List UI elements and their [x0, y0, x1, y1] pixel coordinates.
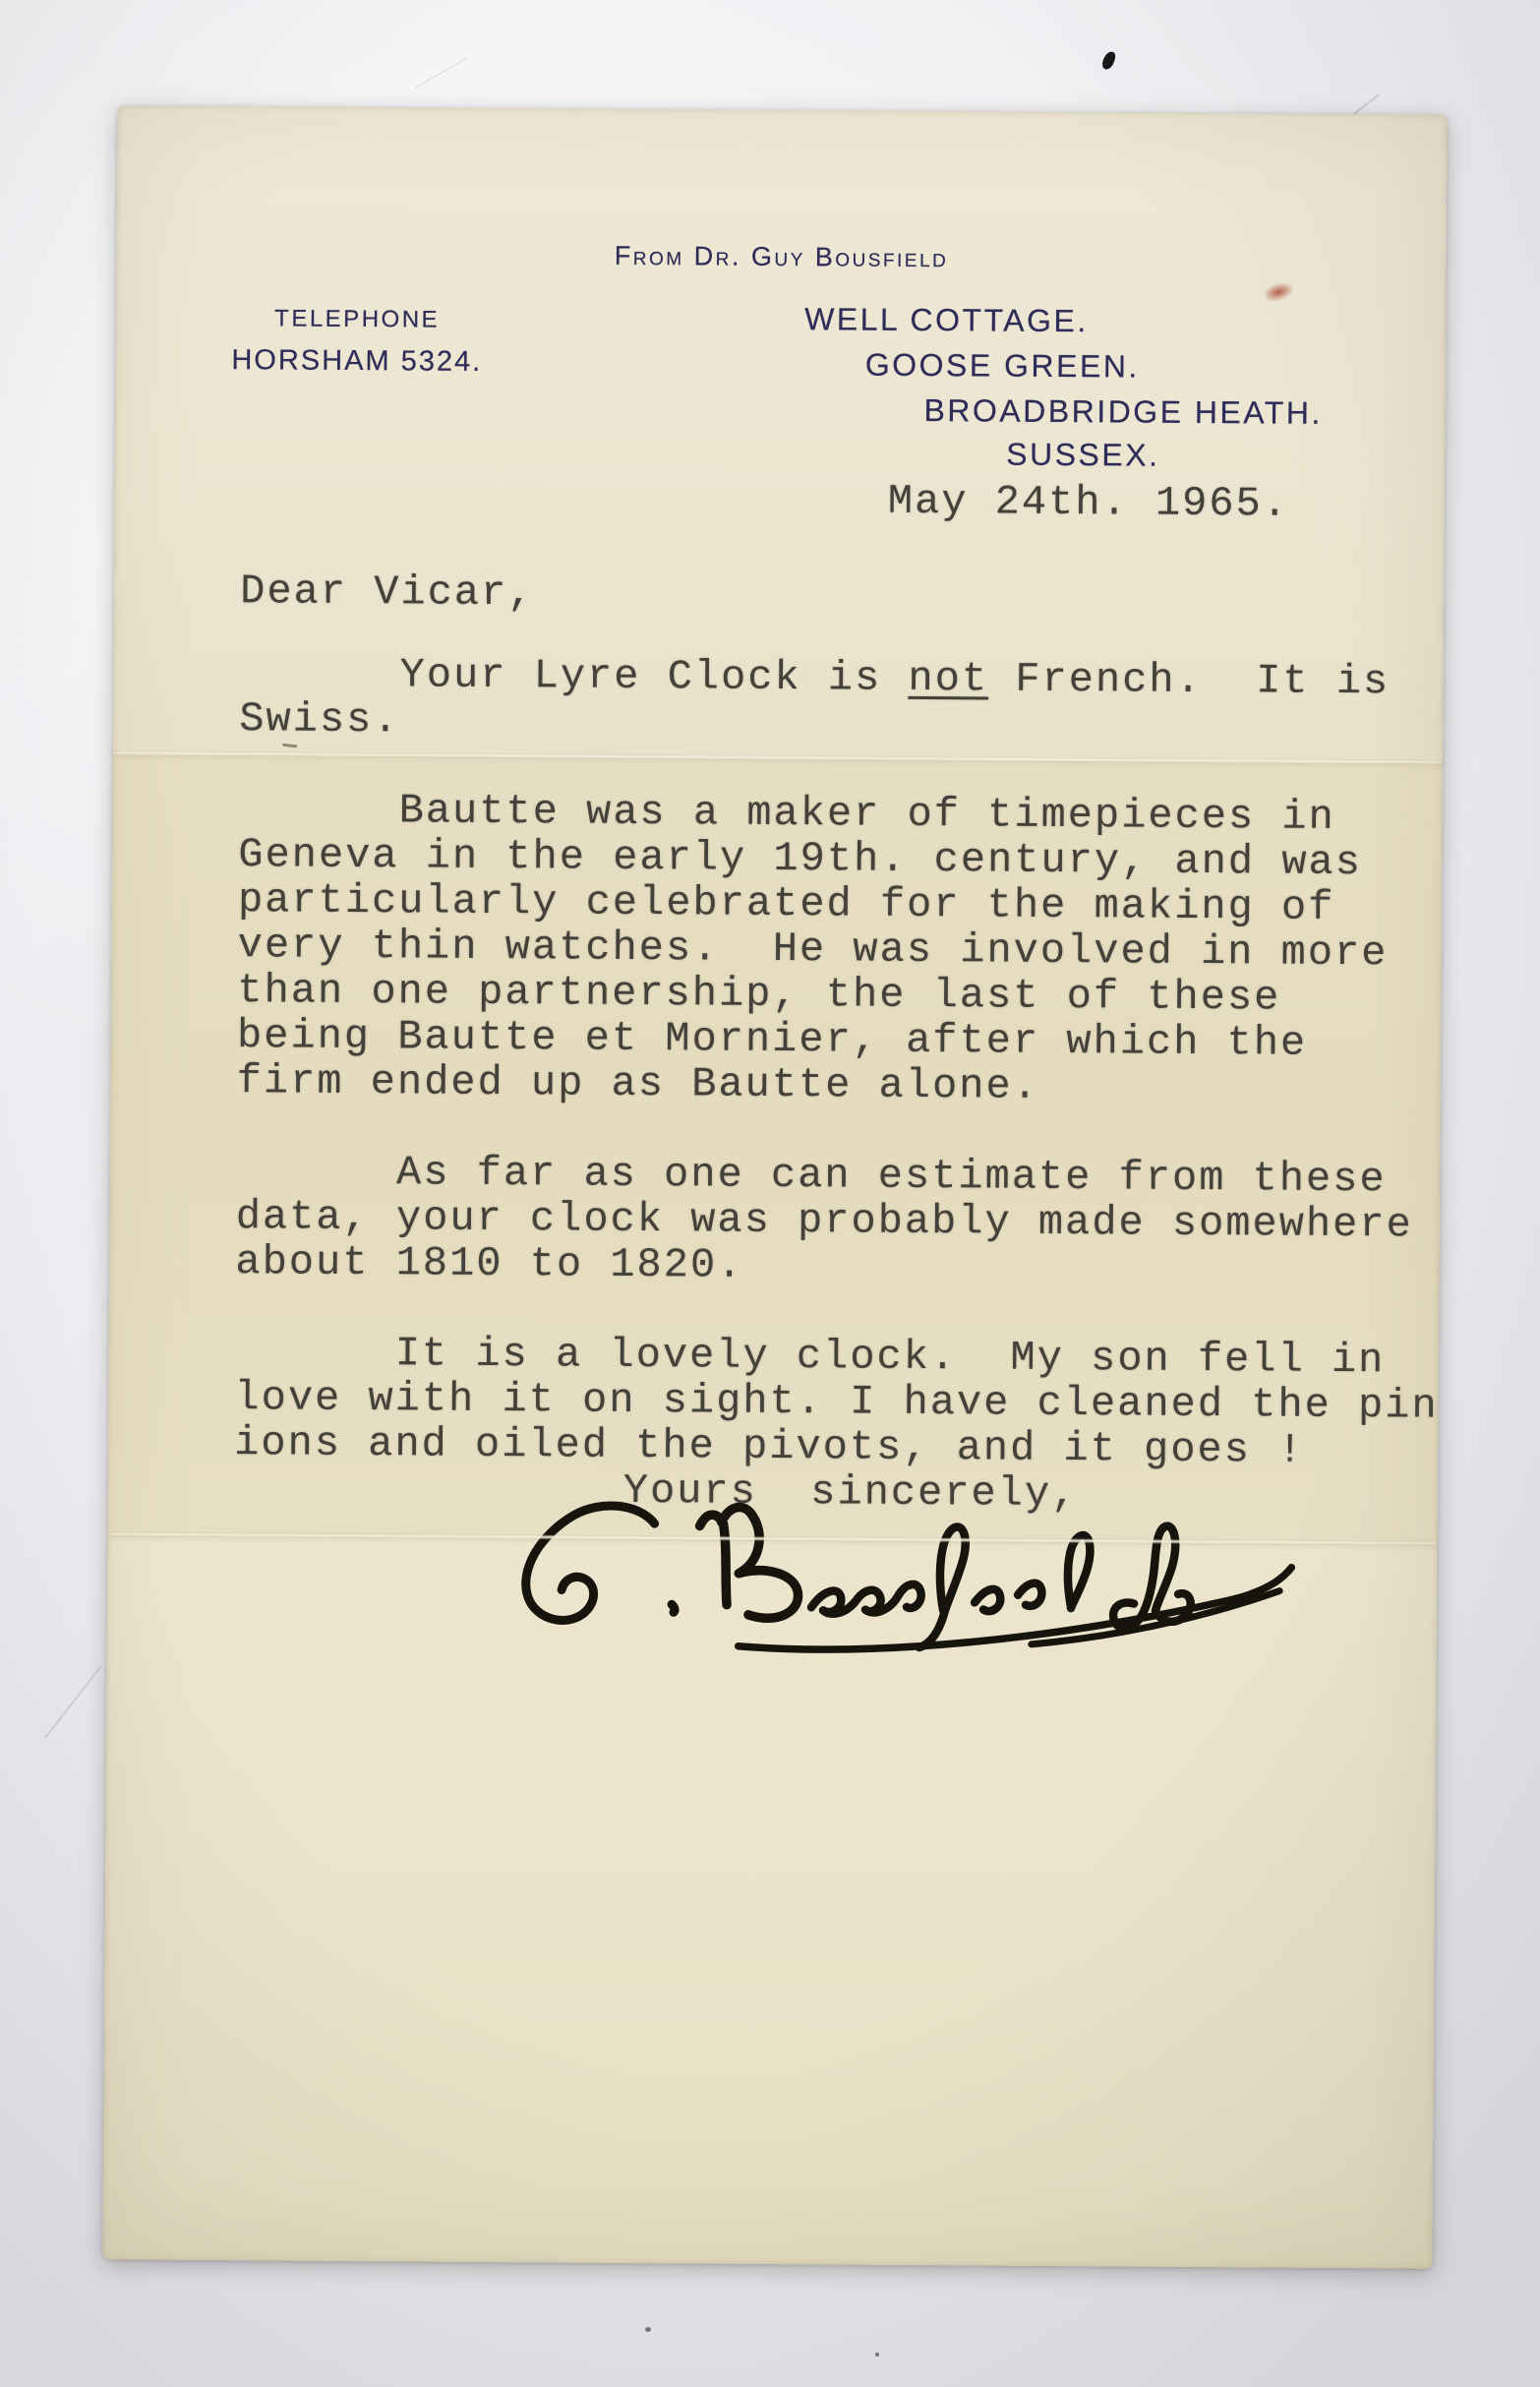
salutation: Dear Vicar,	[240, 568, 1459, 623]
letter-paper: From Dr. Guy Bousfield TELEPHONE HORSHAM…	[102, 105, 1447, 2268]
letter-body: Dear Vicar, Your Lyre Clock is not Frenc…	[234, 568, 1460, 1520]
paragraph-3: As far as one can estimate from these da…	[235, 1149, 1455, 1293]
signature-surname-ie	[975, 1582, 1041, 1611]
underlined-word: not	[908, 655, 988, 703]
paragraph-2: Bautte was a maker of timepieces in Gene…	[237, 787, 1458, 1112]
dust-speck-bottom-2	[875, 2353, 879, 2357]
background-scratch	[44, 1666, 101, 1739]
body-line: ions and oiled the pivots, and it goes !	[234, 1420, 1453, 1474]
signature-surname-l	[1068, 1535, 1091, 1608]
paragraph-4: It is a lovely clock. My son fell in lov…	[234, 1330, 1454, 1474]
signature-initial-g	[525, 1505, 654, 1621]
background-scratch	[415, 58, 466, 89]
address-line-1: WELL COTTAGE.	[804, 303, 1089, 336]
signature-initial-dot	[672, 1604, 675, 1612]
paragraph-1: Your Lyre Clock is not French. It is Swi…	[239, 651, 1459, 750]
letter-date: May 24th. 1965.	[888, 481, 1289, 525]
telephone-label: TELEPHONE	[234, 307, 480, 332]
address-line-3: BROADBRIDGE HEATH.	[923, 394, 1323, 429]
letterhead-from-line: From Dr. Guy Bousfield	[117, 239, 1447, 274]
photo-background: From Dr. Guy Bousfield TELEPHONE HORSHAM…	[0, 0, 1540, 2387]
telephone-number: HORSHAM 5324.	[224, 346, 490, 377]
letterhead: From Dr. Guy Bousfield TELEPHONE HORSHAM…	[118, 105, 1448, 114]
body-text: Your Lyre Clock is	[399, 651, 908, 702]
body-text: French. It is	[988, 656, 1390, 706]
signature-surname-f	[919, 1526, 966, 1647]
address-line-4: SUSSEX.	[1006, 439, 1159, 471]
address-line-2: GOOSE GREEN.	[865, 349, 1140, 383]
body-line: Your Lyre Clock is not French. It is	[239, 651, 1458, 705]
signature-surname-b	[699, 1507, 799, 1618]
dust-speck-top	[1100, 50, 1117, 72]
signature	[481, 1487, 1318, 1675]
dust-speck-bottom-1	[645, 2327, 651, 2332]
red-stain	[1263, 278, 1296, 304]
signature-surname-scrawl	[811, 1583, 921, 1614]
